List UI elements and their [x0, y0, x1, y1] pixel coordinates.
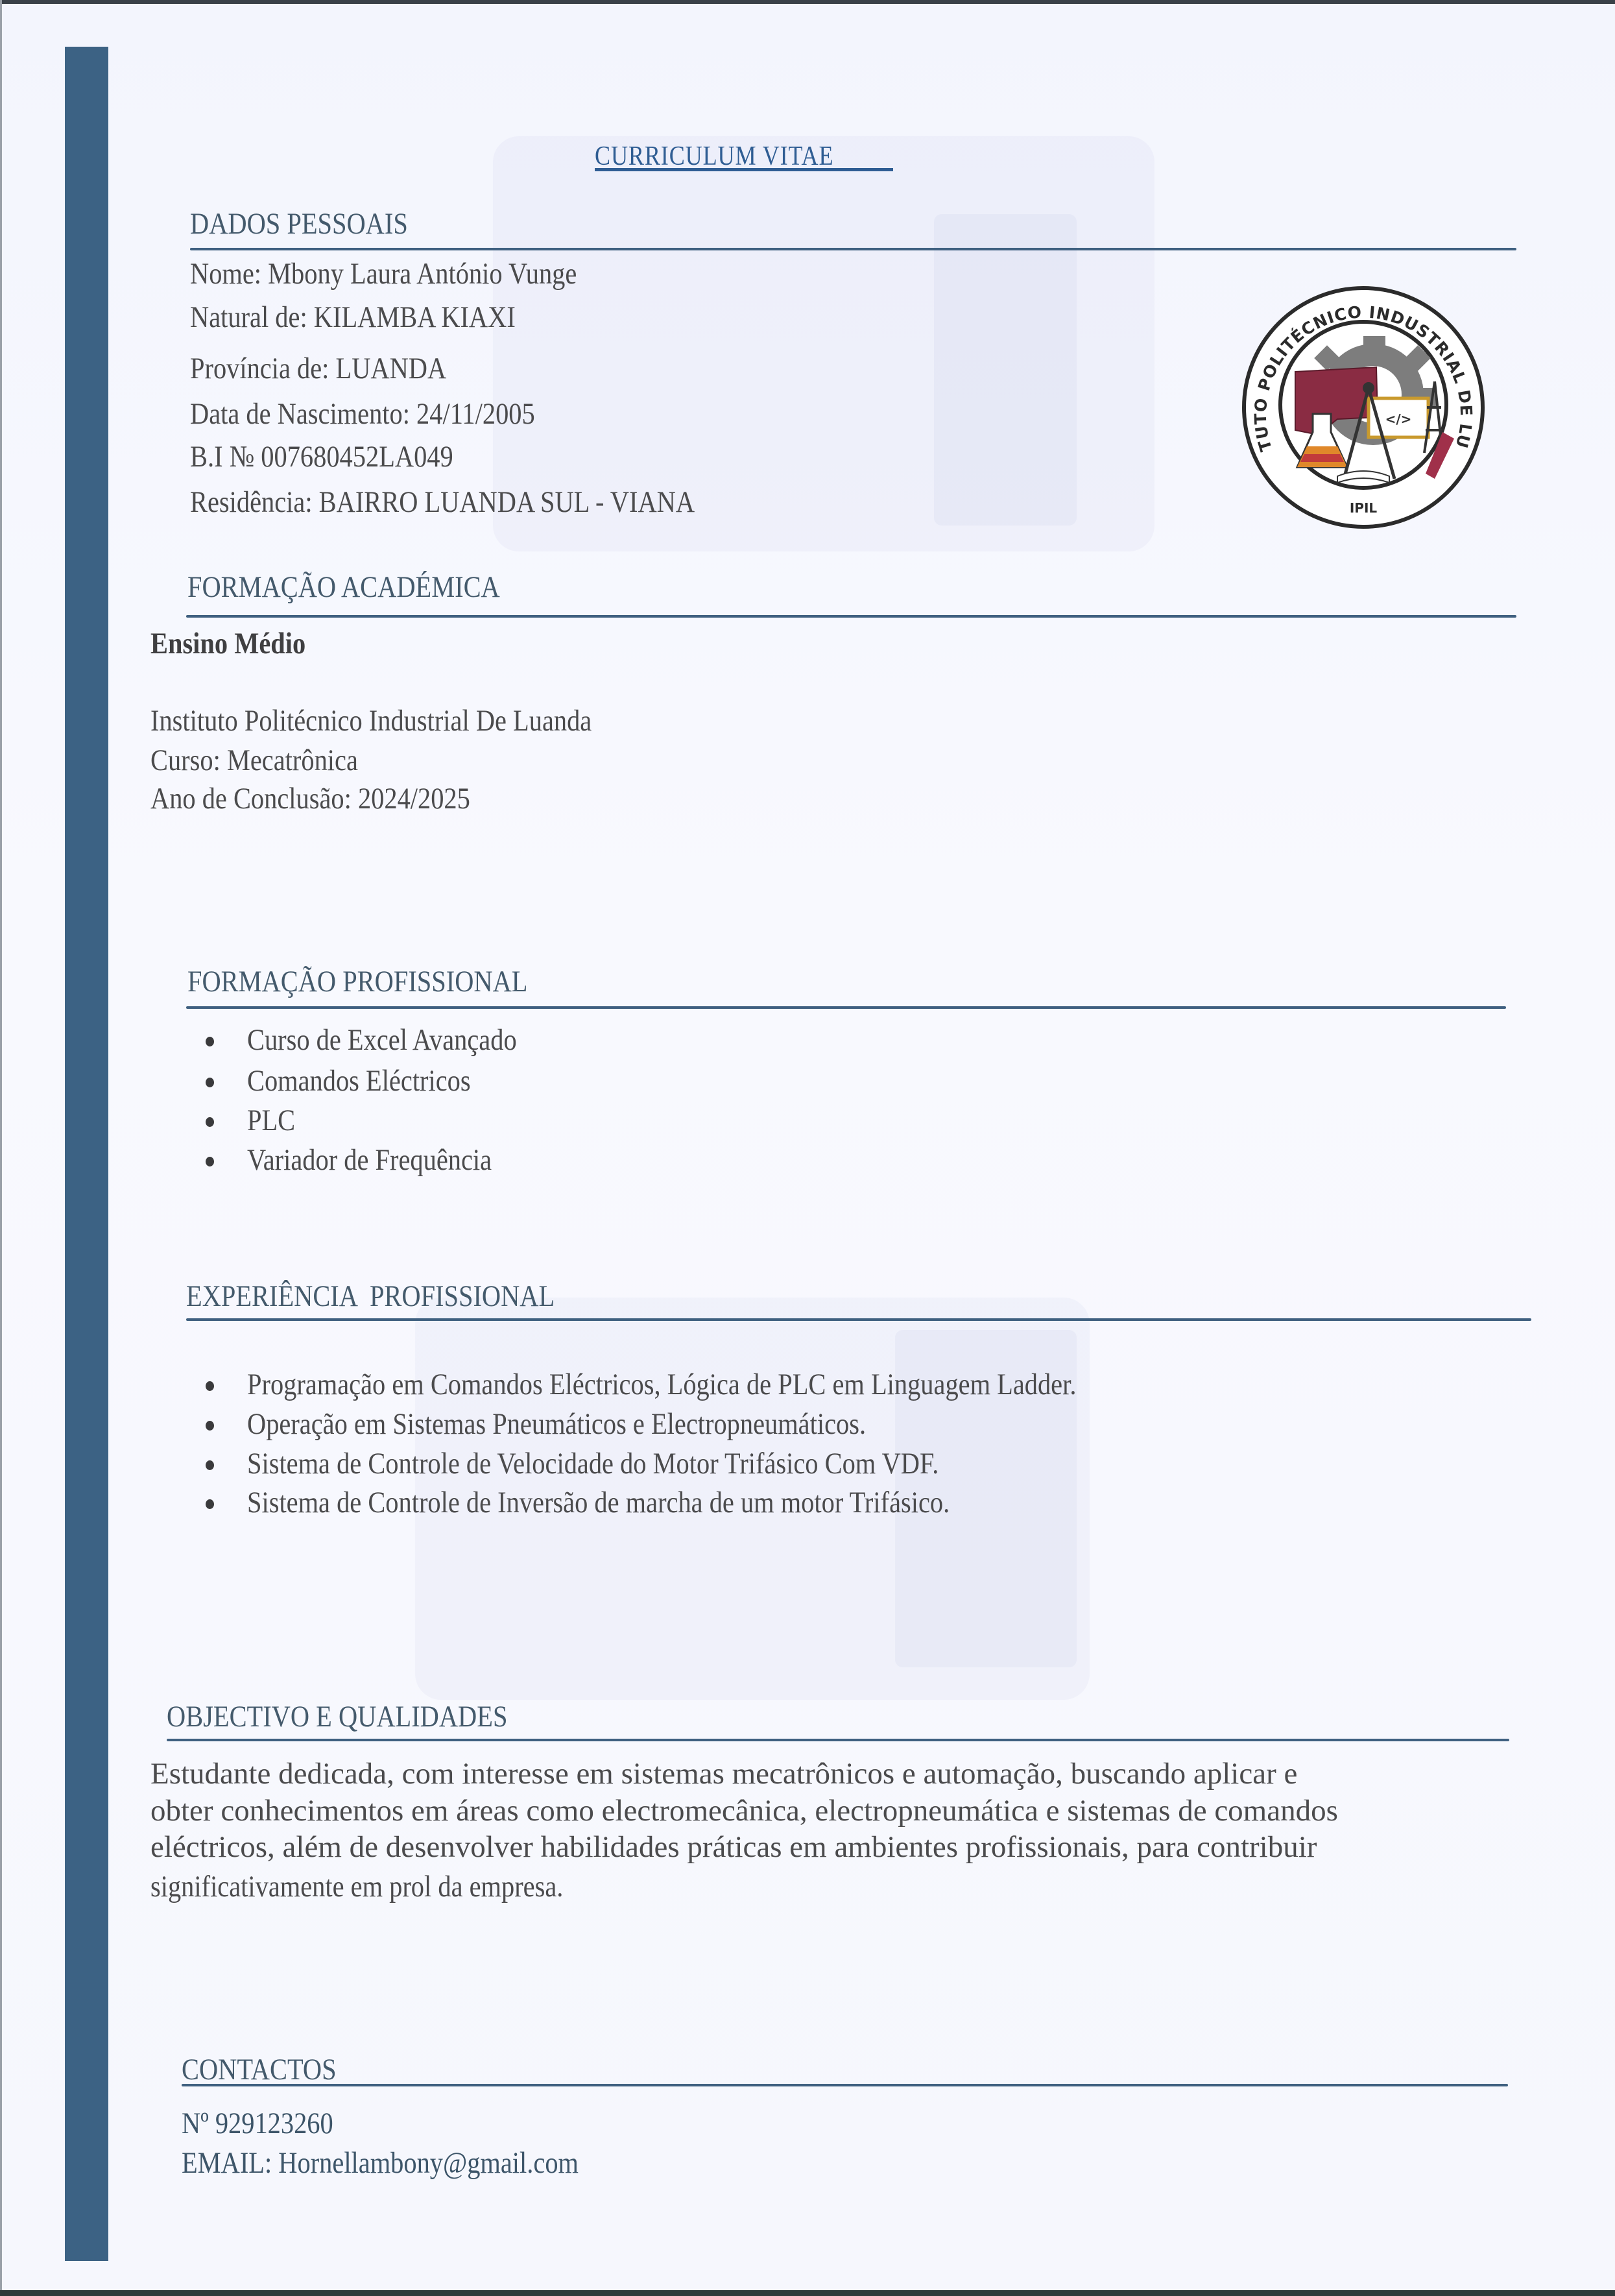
bullet-icon — [206, 1078, 214, 1087]
bullet-icon — [206, 1499, 214, 1509]
objective-line: obter conhecimentos em áreas como electr… — [150, 1796, 1338, 1826]
bullet-icon — [206, 1381, 214, 1391]
academic-completion: Ano de Conclusão: 2024/2025 — [150, 784, 470, 814]
training-item: Comandos Eléctricos — [247, 1066, 471, 1096]
left-accent-bar — [65, 47, 108, 2261]
section-heading-training: FORMAÇÃO PROFISSIONAL — [187, 967, 527, 997]
section-heading-contacts: CONTACTOS — [182, 2055, 337, 2085]
experience-item: Programação em Comandos Eléctricos, Lógi… — [247, 1370, 1076, 1400]
bullet-icon — [206, 1460, 214, 1470]
section-rule-academic — [186, 615, 1516, 618]
ipil-logo: </> INSTITUTO POLITÉCNICO INDUSTRIAL DE … — [1240, 284, 1487, 531]
svg-text:</>: </> — [1385, 411, 1412, 427]
contact-phone: Nº 929123260 — [182, 2109, 333, 2139]
personal-natural: Natural de: KILAMBA KIAXI — [190, 302, 516, 333]
personal-birth-date: Data de Nascimento: 24/11/2005 — [190, 399, 535, 429]
bullet-icon — [206, 1037, 214, 1046]
scan-border-left — [0, 0, 2, 2296]
bullet-icon — [206, 1157, 214, 1166]
training-item: PLC — [247, 1106, 295, 1136]
document-title: CURRICULUM VITAE — [595, 143, 833, 170]
section-heading-objective: OBJECTIVO E QUALIDADES — [167, 1702, 507, 1732]
experience-item: Operação em Sistemas Pneumáticos e Elect… — [247, 1409, 866, 1440]
personal-name: Nome: Mbony Laura António Vunge — [190, 259, 577, 289]
section-rule-personal — [190, 248, 1516, 250]
experience-item: Sistema de Controle de Velocidade do Mot… — [247, 1449, 939, 1479]
contact-email[interactable]: EMAIL: Hornellambony@gmail.com — [182, 2148, 579, 2179]
objective-line: Estudante dedicada, com interesse em sis… — [150, 1759, 1297, 1789]
bleed-through-photo — [934, 214, 1077, 526]
section-heading-personal: DADOS PESSOAIS — [190, 209, 408, 239]
academic-course: Curso: Mecatrônica — [150, 745, 358, 776]
experience-item: Sistema de Controle de Inversão de march… — [247, 1488, 950, 1518]
personal-residence: Residência: BAIRRO LUANDA SUL - VIANA — [190, 487, 695, 518]
title-underline — [595, 168, 893, 171]
scan-border-bottom — [0, 2290, 1615, 2296]
personal-id-number: B.I № 007680452LA049 — [190, 442, 453, 472]
objective-line: significativamente em prol da empresa. — [150, 1872, 563, 1902]
objective-line: eléctricos, além de desenvolver habilida… — [150, 1832, 1317, 1863]
academic-level: Ensino Médio — [150, 629, 305, 659]
training-item: Curso de Excel Avançado — [247, 1025, 517, 1056]
personal-province: Província de: LUANDA — [190, 354, 446, 384]
section-rule-training — [186, 1006, 1506, 1009]
section-rule-experience — [186, 1318, 1531, 1321]
academic-institution: Instituto Politécnico Industrial De Luan… — [150, 706, 592, 736]
training-item: Variador de Frequência — [247, 1145, 492, 1176]
section-rule-objective — [167, 1739, 1509, 1741]
bullet-icon — [206, 1421, 214, 1431]
section-heading-experience: EXPERIÊNCIA PROFISSIONAL — [186, 1281, 555, 1312]
svg-text:IPIL: IPIL — [1350, 500, 1378, 516]
section-heading-academic: FORMAÇÃO ACADÉMICA — [187, 572, 500, 603]
bullet-icon — [206, 1117, 214, 1127]
section-rule-contacts — [182, 2084, 1508, 2086]
